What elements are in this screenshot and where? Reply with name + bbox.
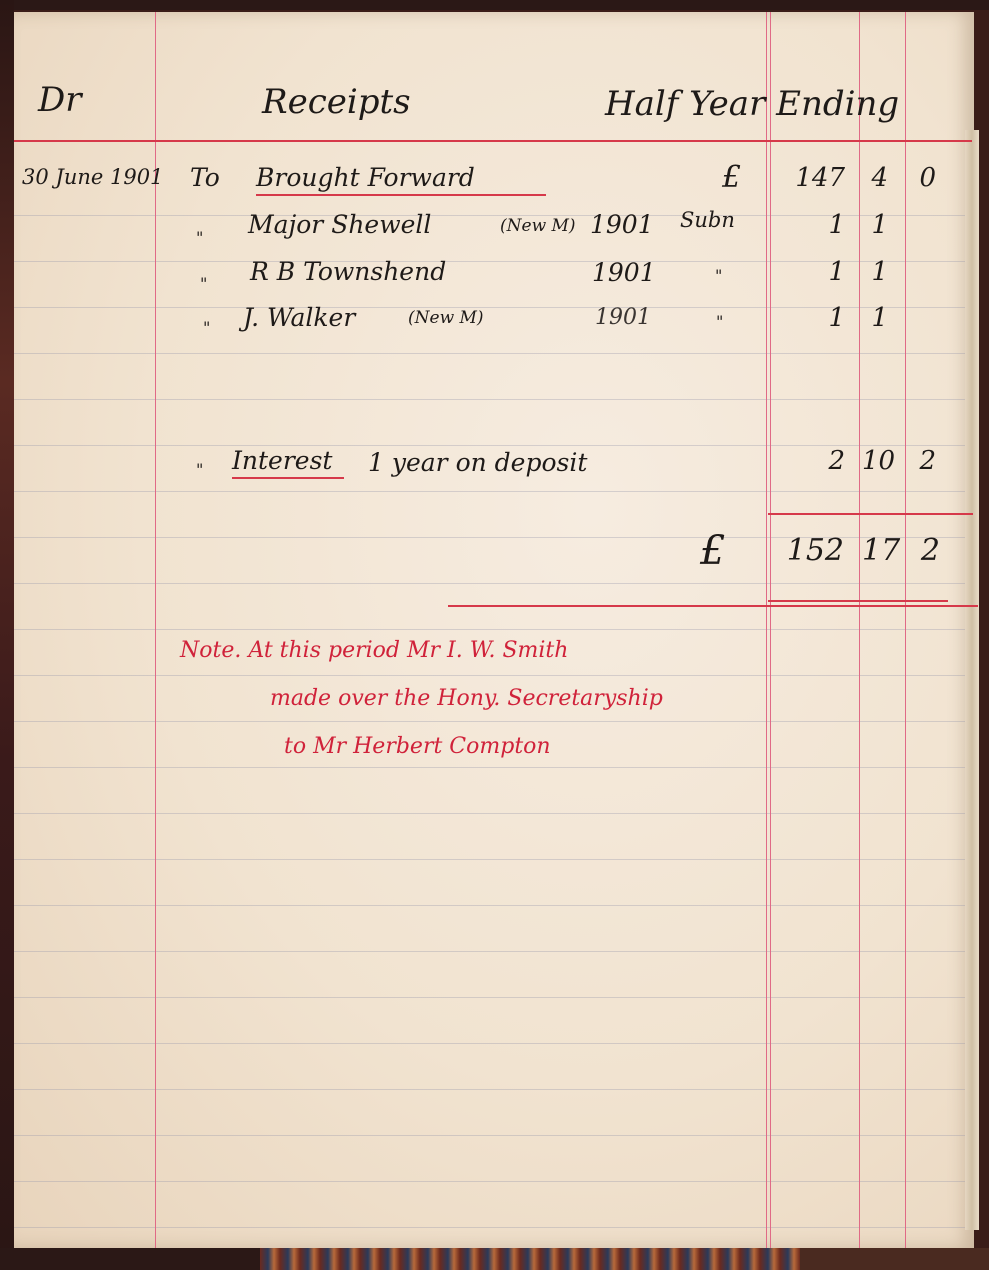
new-member-tag: (New M) — [408, 308, 484, 328]
entry-shillings: 1 — [862, 303, 888, 333]
note-line-2: made over the Hony. Secretaryship — [270, 686, 663, 711]
entry-year: 1901 — [590, 210, 654, 239]
entry-year: 1901 — [595, 305, 651, 330]
entry-shillings: 1 — [862, 210, 888, 240]
date-column-rule — [155, 12, 156, 1248]
note-line-3: to Mr Herbert Compton — [284, 734, 551, 759]
half-year-ending-heading: Half Year Ending — [605, 84, 899, 124]
entry-year: 1901 — [592, 258, 656, 287]
new-member-tag: (New M) — [500, 216, 576, 236]
pence-column-rule — [905, 12, 906, 1248]
total-shillings: 17 — [862, 533, 896, 568]
entry-pounds: 1 — [815, 210, 845, 240]
entry-pence: 2 — [910, 446, 936, 476]
dr-heading: Dr — [38, 80, 82, 120]
entry-pounds: 1 — [815, 303, 845, 333]
subtotal-rule — [768, 513, 973, 515]
ditto-mark: " — [200, 274, 207, 293]
shillings-column-rule — [859, 12, 860, 1248]
entry-description: J. Walker — [243, 303, 355, 332]
entry-description: Major Shewell — [248, 210, 431, 239]
pounds-column-rule-b — [770, 12, 771, 1248]
entry-prefix: To — [190, 163, 220, 192]
book-binding-left — [0, 0, 14, 1270]
total-pence: 2 — [910, 533, 940, 568]
header-rule — [14, 140, 972, 142]
ditto-mark: " — [196, 460, 203, 479]
entry-description-detail: 1 year on deposit — [368, 448, 587, 477]
pounds-column-rule-a — [766, 12, 767, 1248]
receipts-heading: Receipts — [262, 82, 411, 122]
entry-shillings: 4 — [862, 163, 888, 193]
entry-pounds: 1 — [815, 257, 845, 287]
total-currency-symbol: £ — [700, 528, 725, 574]
book-binding-bottom-right — [800, 1248, 989, 1270]
total-double-rule-bottom — [448, 605, 978, 607]
total-double-rule-top — [768, 600, 948, 602]
ditto-mark: " — [196, 228, 203, 247]
ditto-mark: " — [715, 266, 722, 285]
total-pounds: 152 — [780, 533, 844, 568]
page-edge-right — [965, 130, 979, 1230]
currency-symbol: £ — [722, 160, 741, 195]
book-binding-bottom — [0, 1248, 260, 1270]
subscription-note: Subn — [680, 208, 735, 232]
entry-shillings: 10 — [862, 446, 894, 476]
ditto-mark: " — [203, 318, 210, 337]
entry-pence: 0 — [910, 163, 936, 193]
entry-description: Brought Forward — [256, 163, 546, 196]
ditto-mark: " — [716, 312, 723, 331]
entry-shillings: 1 — [862, 257, 888, 287]
entry-pounds: 147 — [785, 163, 845, 193]
entry-date: 30 June 1901 — [22, 165, 163, 189]
entry-description: R B Townshend — [250, 257, 446, 286]
entry-description: Interest — [232, 446, 344, 479]
entry-pounds: 2 — [815, 446, 845, 476]
book-binding-top — [0, 0, 989, 10]
note-line-1: Note. At this period Mr I. W. Smith — [180, 638, 568, 663]
